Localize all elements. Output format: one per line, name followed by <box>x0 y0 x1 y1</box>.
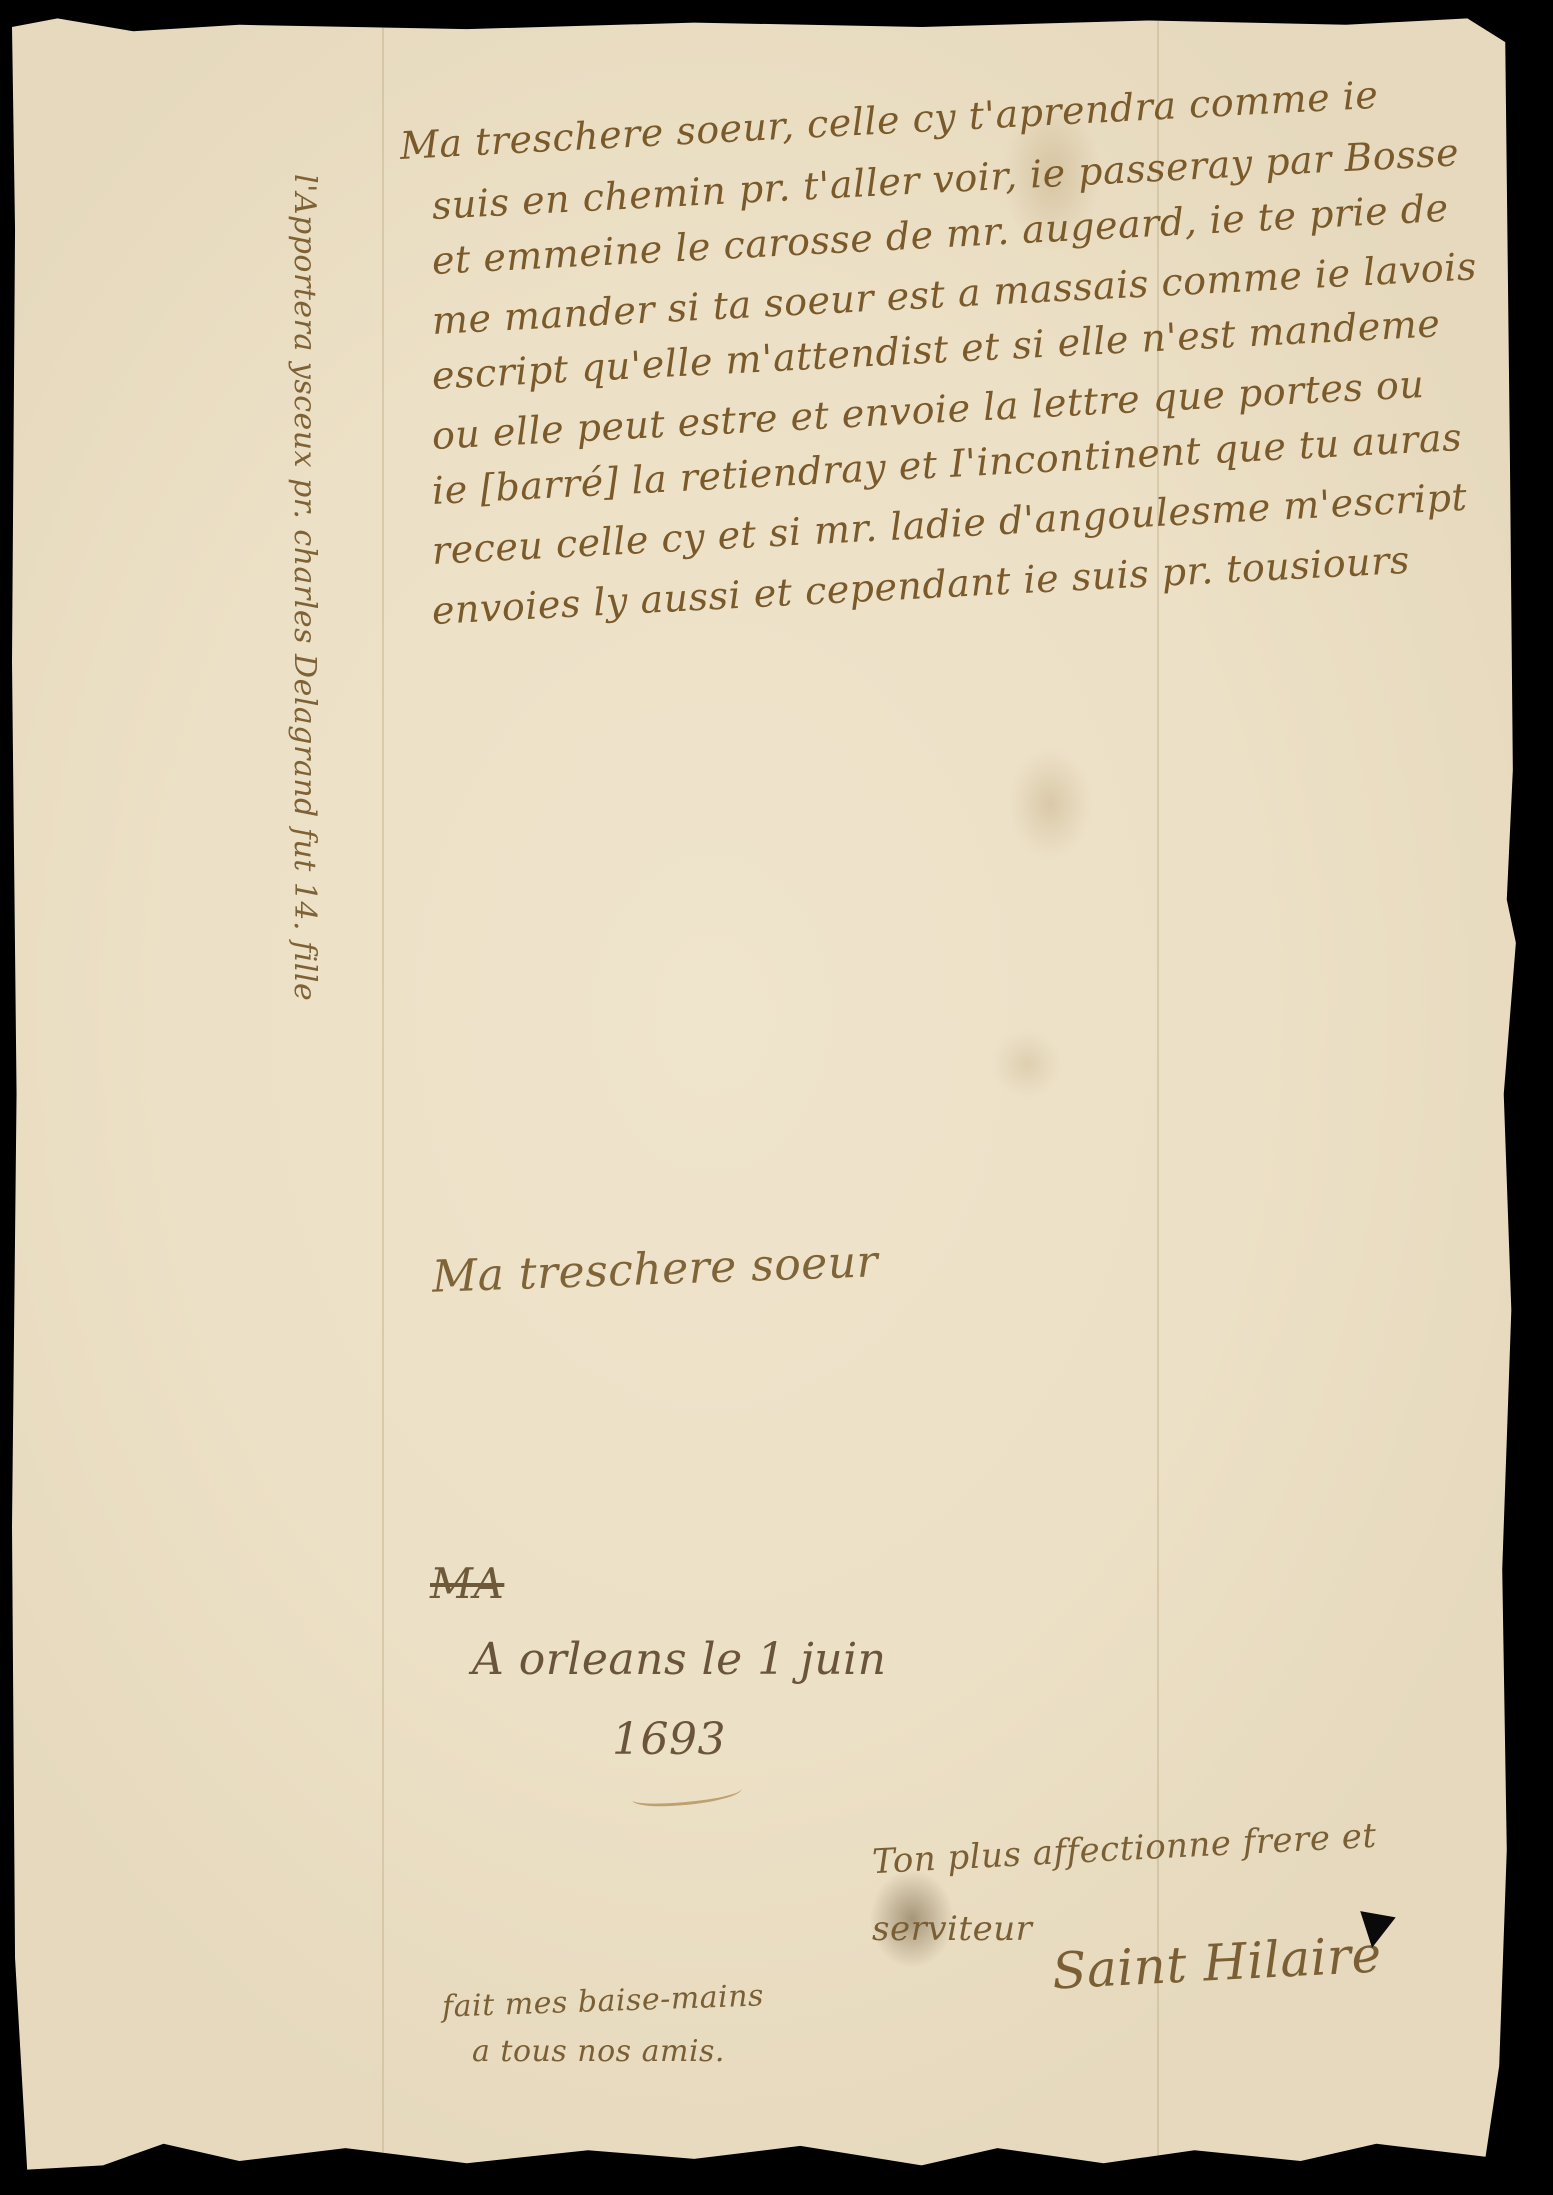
margin-annotation: l'Apportera ysceux pr. charles Delagrand… <box>287 174 322 1001</box>
postscript-line-1: fait mes baise-mains <box>441 1978 764 2024</box>
postscript-line-2: a tous nos amis. <box>472 2034 725 2069</box>
paper-sheet: l'Apportera ysceux pr. charles Delagrand… <box>12 14 1528 2174</box>
date-flourish <box>631 1780 742 1809</box>
initials: MA <box>430 1559 504 1608</box>
closing-line-1: Ton plus affectionne frere et <box>871 1816 1377 1882</box>
closing-line-2: serviteur <box>872 1909 1032 1949</box>
salutation: Ma treschere soeur <box>431 1236 879 1303</box>
signature: Saint Hilaire <box>1051 1925 1383 2000</box>
year: 1693 <box>612 1714 726 1765</box>
paper-hole <box>1354 1911 1395 1951</box>
fold-line-left <box>382 14 384 2174</box>
place-and-date: A orleans le 1 juin <box>472 1634 887 1685</box>
